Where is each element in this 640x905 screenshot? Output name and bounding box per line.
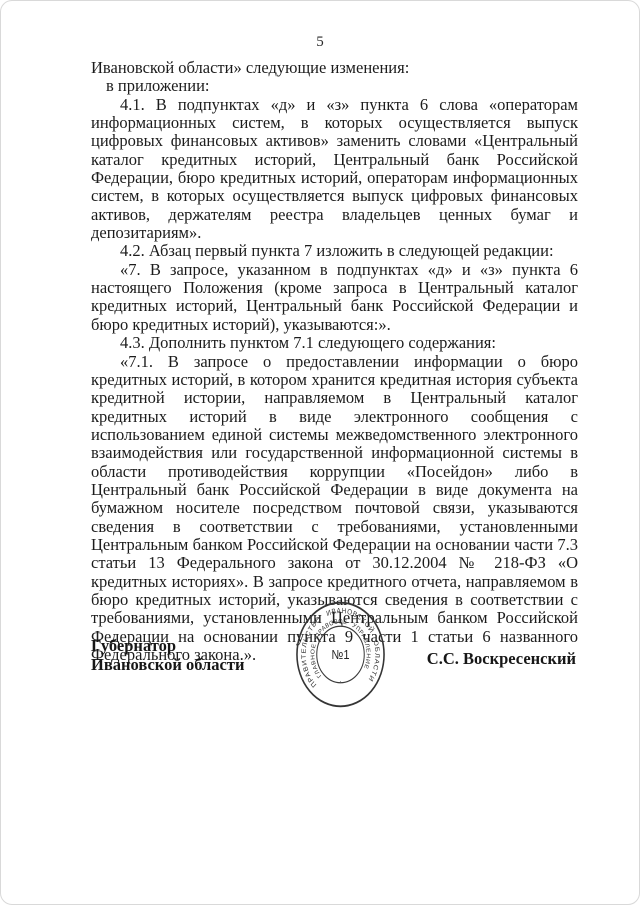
paragraph-4-1: 4.1. В подпунктах «д» и «з» пункта 6 сло… [91,96,578,243]
signatory-title-line2: Ивановской области [91,655,244,674]
official-stamp: ПРАВИТЕЛЬСТВО ИВАНОВСКОЙ ОБЛАСТИ ГЛАВНОЕ… [293,598,388,711]
paragraph-7-edition: «7. В запросе, указанном в подпунктах «д… [91,261,578,334]
stamp-bottom-mark: · [339,678,341,686]
signatory-name: С.С. Воскресенский [427,649,576,669]
document-body: Ивановской области» следующие изменения:… [91,59,578,664]
paragraph-in-annex: в приложении: [91,77,578,95]
signatory-title-line1: Губернатор [91,636,244,655]
paragraph-4-3: 4.3. Дополнить пунктом 7.1 следующего со… [91,334,578,352]
stamp-number: №1 [331,647,349,662]
paragraph-4-2: 4.2. Абзац первый пункта 7 изложить в сл… [91,242,578,260]
signatory-title: Губернатор Ивановской области [91,636,244,674]
document-page: 5 Ивановской области» следующие изменени… [0,0,640,905]
page-number: 5 [1,34,639,51]
paragraph-continuation: Ивановской области» следующие изменения: [91,59,578,77]
